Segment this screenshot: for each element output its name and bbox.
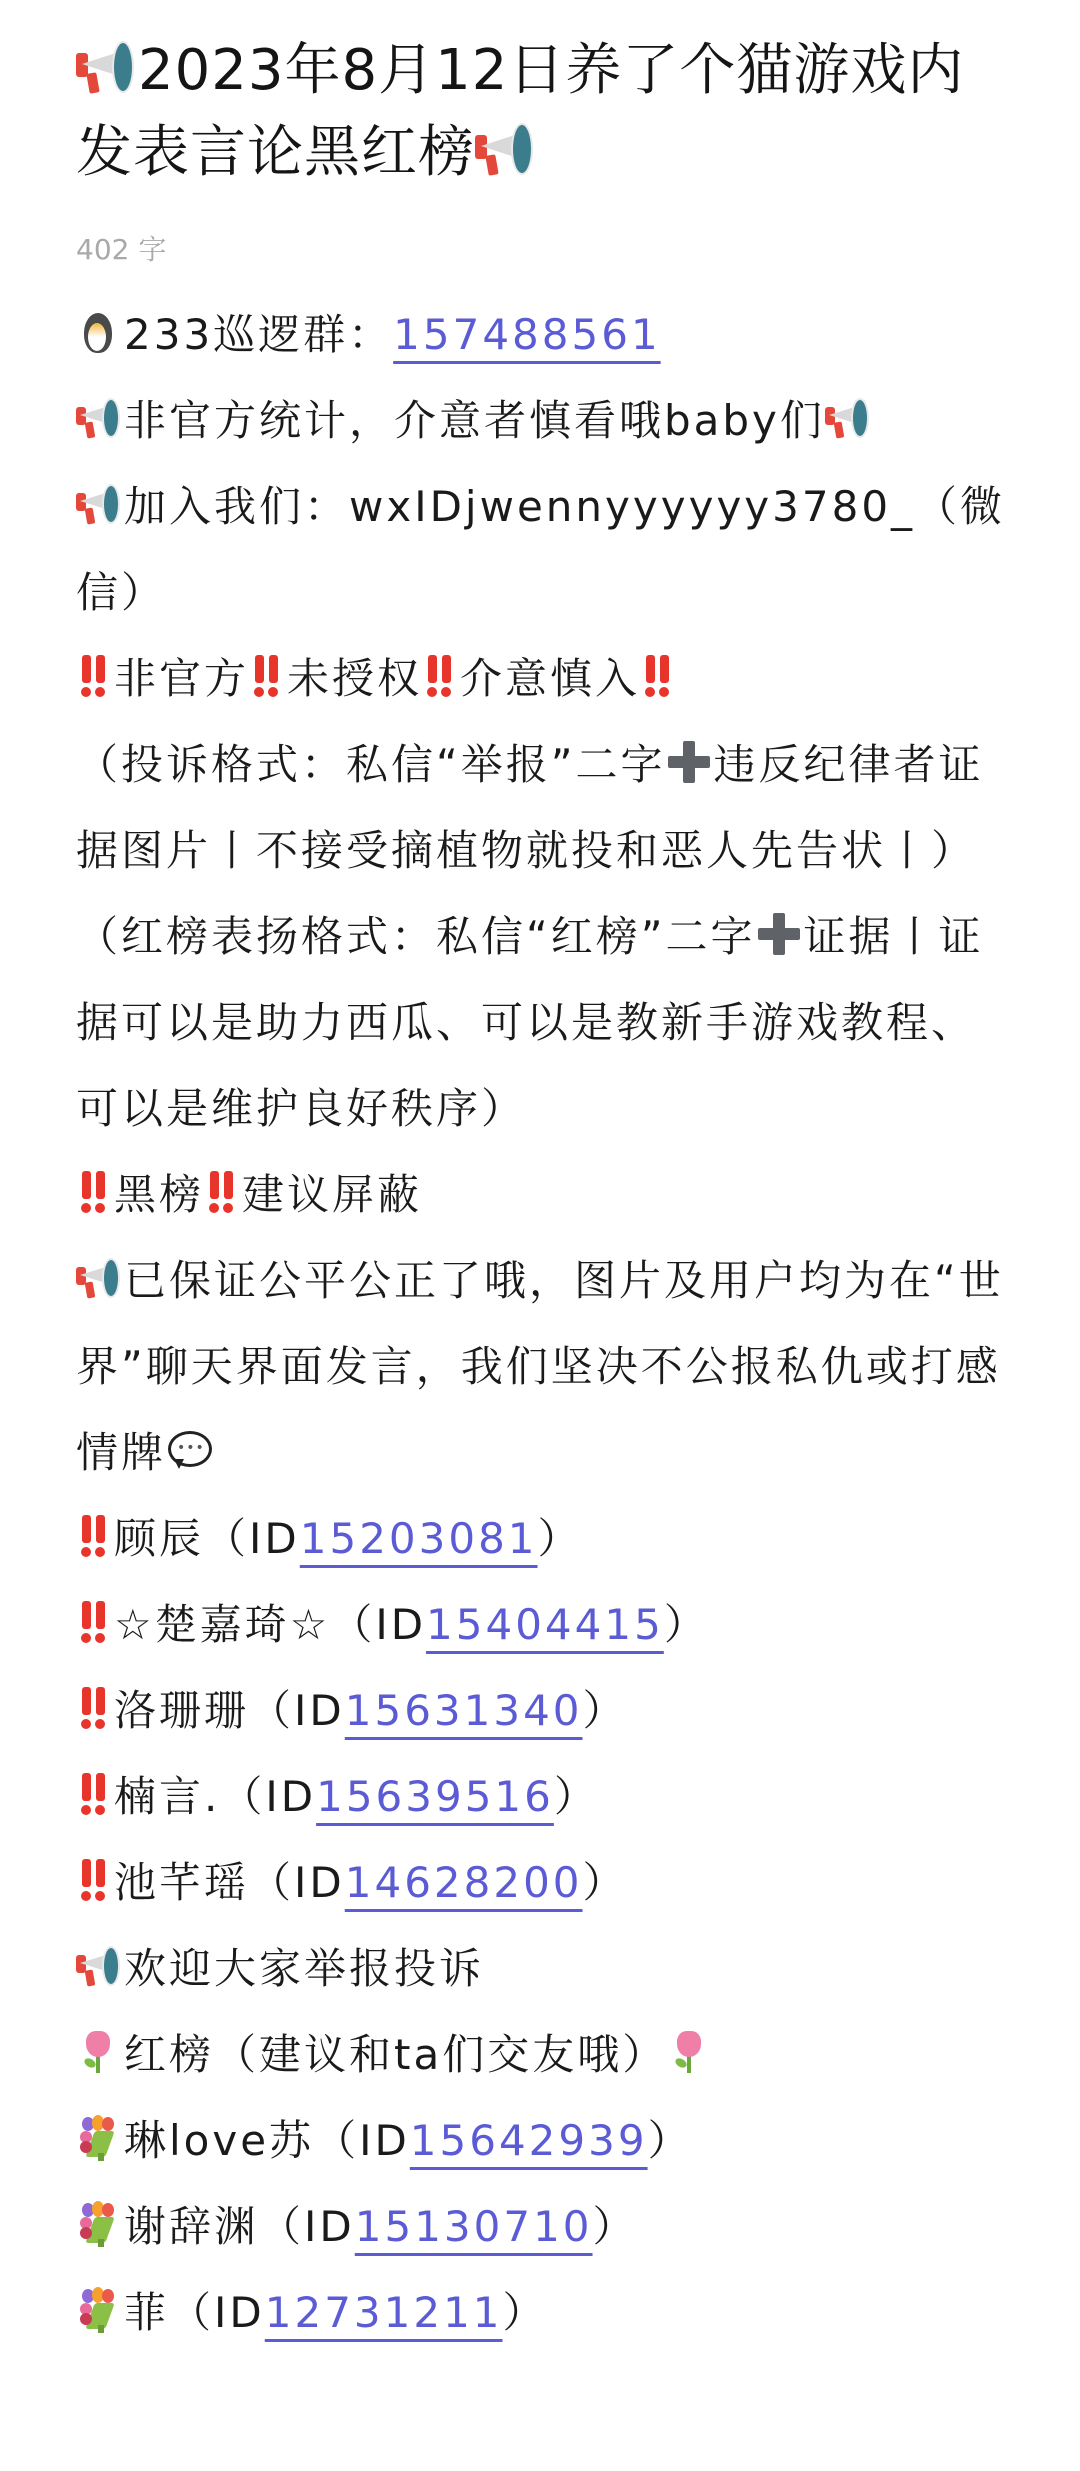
megaphone-icon [825,395,871,441]
entry-id-link[interactable]: 15203081 [300,1514,538,1563]
entry-id-prefix: （ID [330,1600,426,1649]
tulip-icon [667,2029,713,2075]
welcome-line: 欢迎大家举报投诉 [76,1926,1016,2012]
entry-name: 菲 [124,2288,169,2337]
bouquet-icon [76,2287,122,2333]
megaphone-icon [76,1943,122,1989]
word-count: 402 字 [76,232,1016,268]
black-list-label: 黑榜 [114,1170,204,1219]
entry-id-link[interactable]: 15130710 [355,2202,593,2251]
entry-suffix: ） [593,2202,638,2251]
double-exclamation-icon [76,1599,112,1645]
entry-id-prefix: （ID [220,1772,316,1821]
entry-id-prefix: （ID [249,1858,345,1907]
group-line: 233巡逻群：157488561 [76,292,1016,378]
entry-id-prefix: （ID [259,2202,355,2251]
fairness-text: 已保证公平公正了哦，图片及用户均为在“世界”聊天界面发言，我们坚决不公报私仇或打… [76,1256,1004,1477]
black-list-header: 黑榜建议屏蔽 [76,1152,1016,1238]
title-text-line2: 发表言论黑红榜 [76,120,475,185]
double-exclamation-icon [204,1169,240,1215]
entry-id-prefix: （ID [204,1514,300,1563]
group-label: 233巡逻群： [124,310,393,359]
red-list-format: （红榜表扬格式：私信“红榜”二字证据丨证据可以是助力西瓜、可以是教新手游戏教程、… [76,894,1016,1152]
double-exclamation-icon [640,653,676,699]
double-exclamation-icon [76,653,112,699]
double-exclamation-icon [76,1685,112,1731]
note-body: 233巡逻群：157488561 非官方统计，介意者慎看哦baby们 加入我们：… [76,292,1016,2356]
fairness-line: 已保证公平公正了哦，图片及用户均为在“世界”聊天界面发言，我们坚决不公报私仇或打… [76,1238,1016,1496]
black-list-entry: 池芊瑶（ID14628200） [76,1840,1016,1926]
double-exclamation-icon [249,653,285,699]
entry-id-link[interactable]: 15631340 [345,1686,583,1735]
black-list-entry: 楠言.（ID15639516） [76,1754,1016,1840]
black-list-entry: 顾辰（ID15203081） [76,1496,1016,1582]
penguin-icon [76,309,122,355]
disclaimer-text: 非官方统计，介意者慎看哦baby们 [124,396,825,445]
double-exclamation-icon [76,1771,112,1817]
note-title: 2023年8月12日养了个猫游戏内发表言论黑红榜 [76,30,1016,194]
red-list-header: 红榜（建议和ta们交友哦） [76,2012,1016,2098]
bouquet-icon [76,2115,122,2161]
entry-suffix: ） [503,2288,548,2337]
tulip-icon [76,2029,122,2075]
join-text: 加入我们：wxIDjwennyyyyyy3780_（微信） [76,482,1005,617]
entry-suffix: ） [664,1600,709,1649]
entry-name: ☆楚嘉琦☆ [114,1600,330,1649]
red-list-entry: 菲（ID12731211） [76,2270,1016,2356]
entry-name: 洛珊珊 [114,1686,249,1735]
entry-name: 楠言. [114,1772,220,1821]
entry-id-link[interactable]: 15639516 [316,1772,554,1821]
entry-name: 池芊瑶 [114,1858,249,1907]
red-list-entry: 琳love苏（ID15642939） [76,2098,1016,2184]
megaphone-icon [76,481,122,527]
group-number-link[interactable]: 157488561 [393,310,661,359]
black-list-entry: 洛珊珊（ID15631340） [76,1668,1016,1754]
note-page: 2023年8月12日养了个猫游戏内发表言论黑红榜 402 字 233巡逻群：15… [76,30,1016,2356]
entry-name: 顾辰 [114,1514,204,1563]
warning-line: 非官方未授权介意慎入 [76,636,1016,722]
entry-id-link[interactable]: 14628200 [345,1858,583,1907]
entry-suffix: ） [583,1858,628,1907]
entry-suffix: ） [583,1686,628,1735]
black-list-suffix: 建议屏蔽 [242,1170,422,1219]
warning-text-unofficial: 非官方 [114,654,249,703]
entry-id-link[interactable]: 12731211 [265,2288,503,2337]
entry-id-link[interactable]: 15404415 [426,1600,664,1649]
join-line: 加入我们：wxIDjwennyyyyyy3780_（微信） [76,464,1016,636]
megaphone-icon [76,1255,122,1301]
red-list-label: 红榜（建议和ta们交友哦） [124,2030,667,2079]
warning-text-unauthorized: 未授权 [287,654,422,703]
entry-id-prefix: （ID [169,2288,265,2337]
disclaimer-line: 非官方统计，介意者慎看哦baby们 [76,378,1016,464]
double-exclamation-icon [422,653,458,699]
entry-name: 谢辞渊 [124,2202,259,2251]
megaphone-icon [475,119,535,179]
double-exclamation-icon [76,1513,112,1559]
entry-name: 琳love苏 [124,2116,314,2165]
megaphone-icon [76,37,136,97]
complaint-format-text-1: （投诉格式：私信“举报”二字 [76,740,666,789]
welcome-text: 欢迎大家举报投诉 [124,1944,484,1993]
entry-suffix: ） [554,1772,599,1821]
speech-bubble-icon: ••• [166,1427,212,1473]
double-exclamation-icon [76,1169,112,1215]
entry-suffix: ） [538,1514,583,1563]
entry-suffix: ） [648,2116,693,2165]
red-format-text-1: （红榜表扬格式：私信“红榜”二字 [76,912,756,961]
bouquet-icon [76,2201,122,2247]
title-text-line1: 2023年8月12日养了个猫游戏内 [138,38,964,103]
heavy-plus-icon [666,739,712,785]
warning-text-enter-caution: 介意慎入 [460,654,640,703]
complaint-format: （投诉格式：私信“举报”二字违反纪律者证据图片丨不接受摘植物就投和恶人先告状丨） [76,722,1016,894]
heavy-plus-icon [756,911,802,957]
red-list-entry: 谢辞渊（ID15130710） [76,2184,1016,2270]
megaphone-icon [76,395,122,441]
entry-id-prefix: （ID [249,1686,345,1735]
entry-id-link[interactable]: 15642939 [410,2116,648,2165]
black-list-entry: ☆楚嘉琦☆（ID15404415） [76,1582,1016,1668]
entry-id-prefix: （ID [314,2116,410,2165]
double-exclamation-icon [76,1857,112,1903]
